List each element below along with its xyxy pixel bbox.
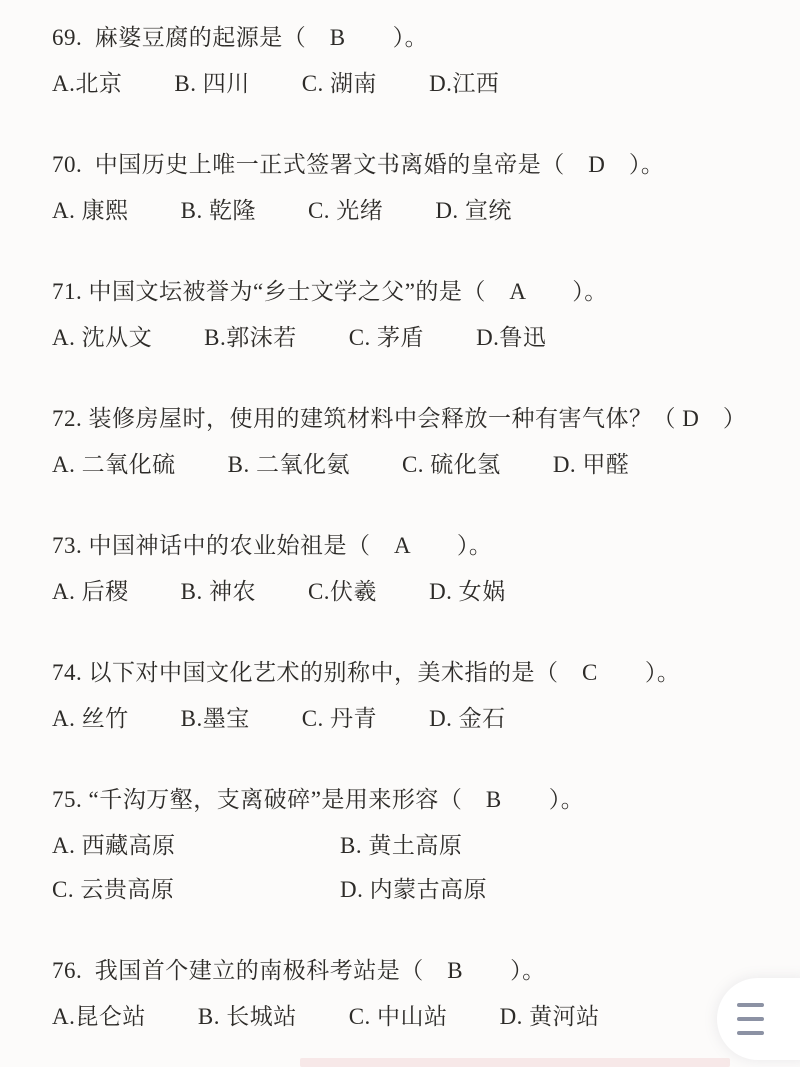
- option-b: B. 四川: [174, 68, 249, 99]
- option-d: D.鲁迅: [476, 322, 546, 353]
- option-c: C. 光绪: [308, 195, 383, 226]
- option-d: D. 内蒙古高原: [340, 874, 770, 905]
- option-d: D.江西: [429, 68, 499, 99]
- option-d: D. 宣统: [435, 195, 512, 226]
- option-c: C. 茅盾: [349, 322, 424, 353]
- option-c: C. 云贵高原: [52, 874, 340, 905]
- question-title: 76. 我国首个建立的南极科考站是（ B ）。: [52, 955, 770, 986]
- option-a: A. 康熙: [52, 195, 129, 226]
- option-d: D. 黄河站: [500, 1001, 600, 1032]
- question-title: 75. “千沟万壑，支离破碎”是用来形容（ B ）。: [52, 784, 770, 815]
- option-b: B.墨宝: [181, 703, 250, 734]
- question-options: A. 丝竹B.墨宝C. 丹青D. 金石: [52, 703, 770, 734]
- question-block: 69. 麻婆豆腐的起源是（ B ）。 A.北京B. 四川C. 湖南D.江西: [52, 22, 770, 99]
- option-a: A. 二氧化硫: [52, 449, 176, 480]
- question-title: 71. 中国文坛被誉为“乡士文学之父”的是（ A ）。: [52, 276, 770, 307]
- option-c: C. 硫化氢: [402, 449, 501, 480]
- menu-bar: [737, 1017, 764, 1021]
- option-c: C. 湖南: [302, 68, 377, 99]
- option-b: B.郭沫若: [204, 322, 297, 353]
- option-b: B. 黄土高原: [340, 830, 770, 861]
- option-a: A. 沈从文: [52, 322, 152, 353]
- option-a: A. 后稷: [52, 576, 129, 607]
- question-block: 72. 装修房屋时，使用的建筑材料中会释放一种有害气体？（ D ） A. 二氧化…: [52, 403, 770, 480]
- question-block: 71. 中国文坛被誉为“乡士文学之父”的是（ A ）。 A. 沈从文B.郭沫若C…: [52, 276, 770, 353]
- option-a: A. 西藏高原: [52, 830, 340, 861]
- question-title: 73. 中国神话中的农业始祖是（ A ）。: [52, 530, 770, 561]
- menu-fab-button[interactable]: [717, 978, 800, 1060]
- quiz-page: 69. 麻婆豆腐的起源是（ B ）。 A.北京B. 四川C. 湖南D.江西 70…: [0, 0, 800, 1067]
- option-b: B. 二氧化氨: [228, 449, 350, 480]
- option-b: B. 乾隆: [181, 195, 256, 226]
- option-d: D. 金石: [429, 703, 506, 734]
- option-c: C. 中山站: [349, 1001, 448, 1032]
- question-title: 74. 以下对中国文化艺术的别称中，美术指的是（ C ）。: [52, 657, 770, 688]
- question-block: 73. 中国神话中的农业始祖是（ A ）。 A. 后稷B. 神农C.伏羲D. 女…: [52, 530, 770, 607]
- option-a: A. 丝竹: [52, 703, 129, 734]
- question-options: A.昆仑站B. 长城站C. 中山站D. 黄河站: [52, 1001, 770, 1032]
- menu-bar: [737, 1003, 764, 1007]
- question-title: 70. 中国历史上唯一正式签署文书离婚的皇帝是（ D ）。: [52, 149, 770, 180]
- option-b: B. 长城站: [198, 1001, 297, 1032]
- question-list: 69. 麻婆豆腐的起源是（ B ）。 A.北京B. 四川C. 湖南D.江西 70…: [52, 22, 770, 1032]
- question-block: 70. 中国历史上唯一正式签署文书离婚的皇帝是（ D ）。 A. 康熙B. 乾隆…: [52, 149, 770, 226]
- question-options: A. 二氧化硫B. 二氧化氨C. 硫化氢D. 甲醛: [52, 449, 770, 480]
- option-a: A.昆仑站: [52, 1001, 146, 1032]
- question-options: A. 后稷B. 神农C.伏羲D. 女娲: [52, 576, 770, 607]
- question-block: 76. 我国首个建立的南极科考站是（ B ）。 A.昆仑站B. 长城站C. 中山…: [52, 955, 770, 1032]
- option-b: B. 神农: [181, 576, 256, 607]
- question-title: 69. 麻婆豆腐的起源是（ B ）。: [52, 22, 770, 53]
- bottom-highlight-strip: [300, 1058, 730, 1067]
- question-block: 75. “千沟万壑，支离破碎”是用来形容（ B ）。 A. 西藏高原B. 黄土高…: [52, 784, 770, 905]
- question-block: 74. 以下对中国文化艺术的别称中，美术指的是（ C ）。 A. 丝竹B.墨宝C…: [52, 657, 770, 734]
- option-a: A.北京: [52, 68, 122, 99]
- option-d: D. 女娲: [429, 576, 506, 607]
- question-title: 72. 装修房屋时，使用的建筑材料中会释放一种有害气体？（ D ）: [52, 403, 770, 434]
- question-options: A. 西藏高原B. 黄土高原C. 云贵高原D. 内蒙古高原: [52, 830, 770, 905]
- hamburger-menu-icon: [737, 1003, 764, 1035]
- option-c: C.伏羲: [308, 576, 377, 607]
- question-options: A. 康熙B. 乾隆C. 光绪D. 宣统: [52, 195, 770, 226]
- question-options: A.北京B. 四川C. 湖南D.江西: [52, 68, 770, 99]
- menu-bar: [737, 1031, 764, 1035]
- option-d: D. 甲醛: [553, 449, 630, 480]
- option-c: C. 丹青: [302, 703, 377, 734]
- question-options: A. 沈从文B.郭沫若C. 茅盾D.鲁迅: [52, 322, 770, 353]
